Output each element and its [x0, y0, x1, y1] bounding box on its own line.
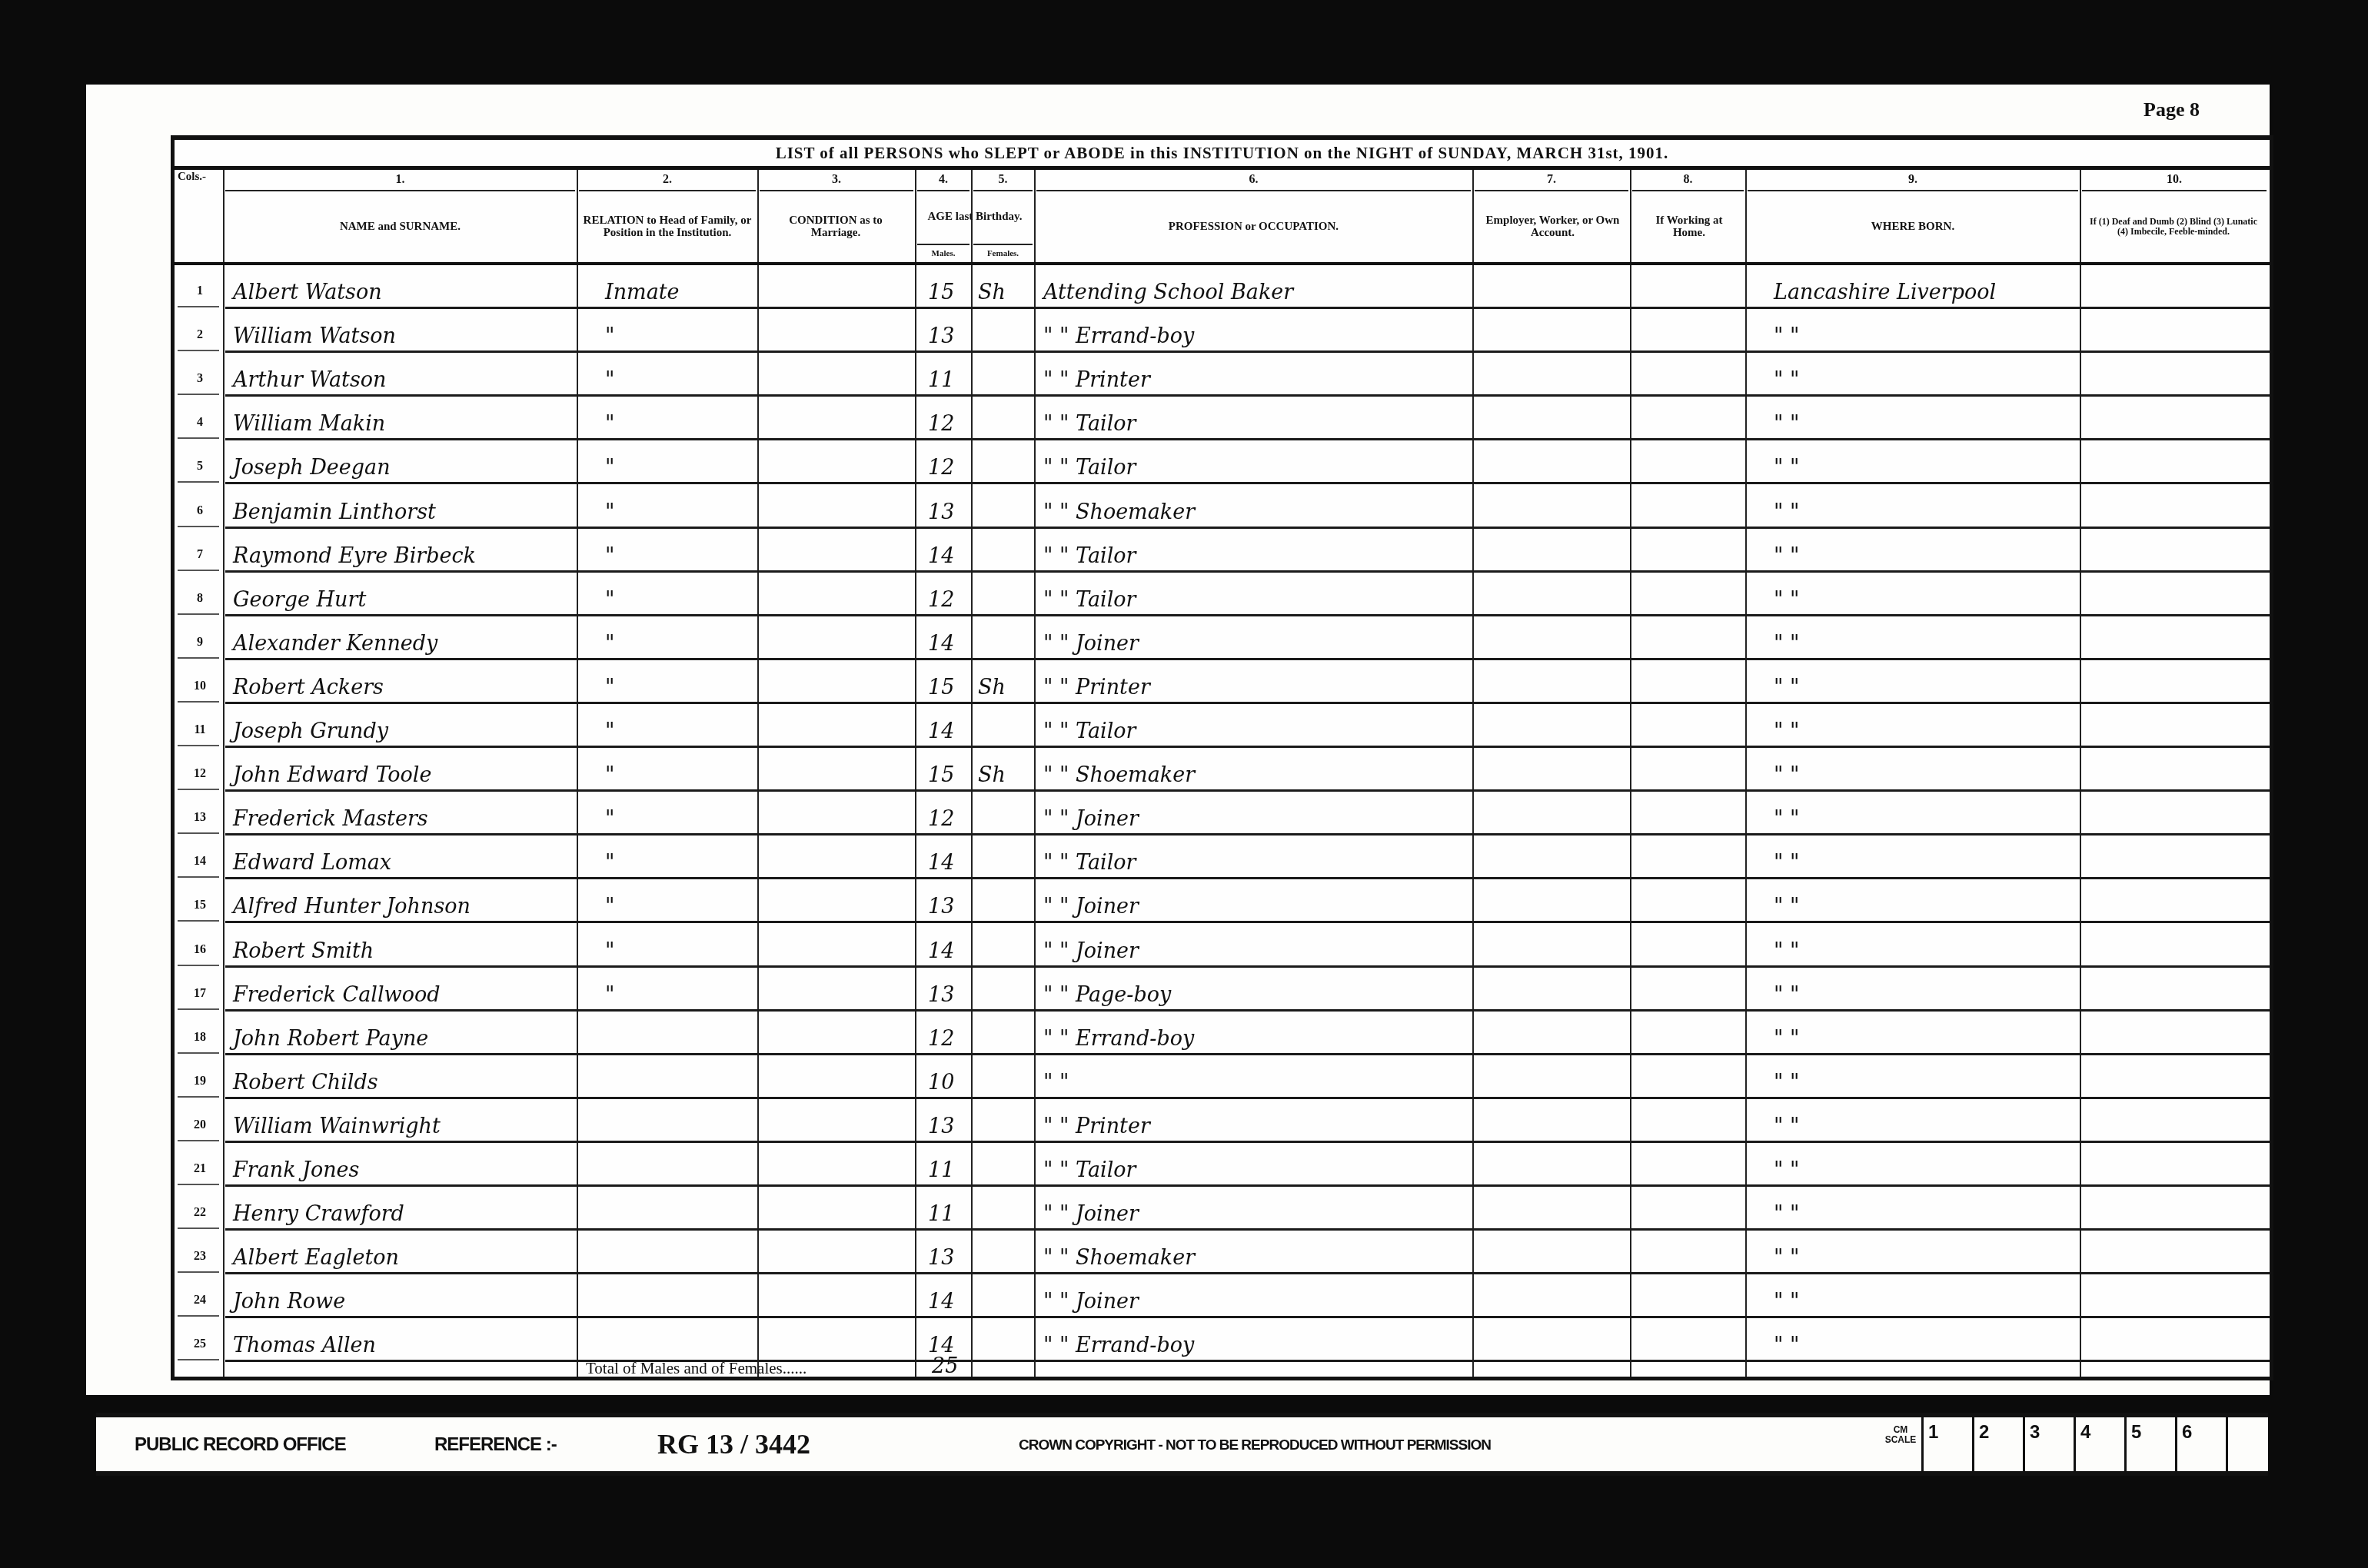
cell-age-m: 15: [928, 763, 954, 787]
col-num-10: 10.: [2082, 170, 2267, 191]
cell-n: 21: [188, 1162, 211, 1176]
cell-age-m: 13: [928, 1115, 954, 1138]
cell-n: 20: [188, 1118, 211, 1132]
table-row: 21Frank Jones11" " Tailor" ": [175, 1143, 2270, 1187]
scale-tick: 1: [1921, 1417, 1972, 1471]
cell-name: William Makin: [233, 412, 385, 436]
cell-relation: ": [605, 939, 614, 963]
cell-age-m: 13: [928, 1246, 954, 1270]
cell-occupation: " " Tailor: [1043, 456, 1136, 480]
table-row: 6Benjamin Linthorst"13" " Shoemaker" ": [175, 485, 2270, 529]
cell-n: 5: [188, 460, 211, 473]
row-rule: [178, 1096, 219, 1098]
cell-occupation: " " Joiner: [1043, 1290, 1139, 1314]
cell-born: " ": [1774, 851, 1799, 875]
cell-n: 16: [188, 943, 211, 957]
cell-n: 2: [188, 328, 211, 342]
table-row: 24John Rowe14" " Joiner" ": [175, 1274, 2270, 1318]
cell-relation: ": [605, 412, 614, 436]
cell-relation: ": [605, 983, 614, 1007]
table-row: 20William Wainwright13" " Printer" ": [175, 1099, 2270, 1143]
census-table: LIST of all PERSONS who SLEPT or ABODE i…: [171, 135, 2273, 1380]
cell-age-m: 10: [928, 1071, 954, 1095]
scale-tick: 2: [1972, 1417, 2023, 1471]
row-rule: [178, 1184, 219, 1185]
page-number: Page 8: [2144, 98, 2200, 121]
cell-relation: ": [605, 500, 614, 524]
cell-name: Joseph Grundy: [233, 719, 388, 743]
cell-born: " ": [1774, 1290, 1799, 1314]
cell-n: 10: [188, 679, 211, 693]
cell-relation: ": [605, 544, 614, 568]
row-rule: [178, 965, 219, 966]
cell-occupation: " " Shoemaker: [1043, 763, 1195, 787]
cell-relation: ": [605, 676, 614, 699]
cell-born: " ": [1774, 1115, 1799, 1138]
reference-label: REFERENCE :-: [434, 1434, 557, 1456]
cell-born: " ": [1774, 807, 1799, 831]
col-num-1: 1.: [225, 170, 575, 191]
cell-born: " ": [1774, 1202, 1799, 1226]
table-row: 15Alfred Hunter Johnson"13" " Joiner" ": [175, 879, 2270, 923]
cell-occupation: " " Joiner: [1043, 895, 1139, 919]
row-rule: [178, 613, 219, 615]
cell-born: " ": [1774, 412, 1799, 436]
cell-born: Lancashire Liverpool: [1774, 281, 1996, 304]
cell-n: 14: [188, 855, 211, 869]
heading-age: AGE last Birthday.: [917, 191, 1033, 242]
row-rule: [178, 1315, 219, 1317]
col-num-8: 8.: [1632, 170, 1744, 191]
row-rule: [178, 832, 219, 834]
cell-n: 15: [188, 899, 211, 912]
cell-n: 19: [188, 1075, 211, 1088]
cell-relation: ": [605, 324, 614, 348]
row-rule: [178, 1227, 219, 1229]
cell-born: " ": [1774, 544, 1799, 568]
cell-name: Joseph Deegan: [233, 456, 391, 480]
total-row: Total of Males and of Females...... 25: [175, 1354, 2270, 1382]
form-title: LIST of all PERSONS who SLEPT or ABODE i…: [175, 140, 2270, 170]
cell-occupation: " " Printer: [1043, 368, 1150, 392]
scale-tick: 6: [2175, 1417, 2226, 1471]
cell-occupation: " " Joiner: [1043, 807, 1139, 831]
cell-age-m: 11: [928, 1202, 954, 1226]
row-rule: [178, 920, 219, 922]
col-num-4: 4.: [917, 170, 969, 191]
cell-name: Benjamin Linthorst: [233, 500, 436, 524]
cell-age-f: Sh: [978, 676, 1006, 699]
col-num-6: 6.: [1036, 170, 1471, 191]
cell-age-m: 15: [928, 676, 954, 699]
cell-relation: ": [605, 632, 614, 656]
cell-born: " ": [1774, 632, 1799, 656]
table-row: 19Robert Childs10" "" ": [175, 1055, 2270, 1099]
row-rule: [178, 1140, 219, 1141]
heading-age-males: Males.: [917, 244, 969, 262]
cell-age-m: 14: [928, 851, 954, 875]
heading-at-home: If Working at Home.: [1639, 191, 1739, 262]
row-rule: [178, 876, 219, 878]
cell-age-f: Sh: [978, 763, 1006, 787]
cell-occupation: " " Printer: [1043, 676, 1150, 699]
heading-employer: Employer, Worker, or Own Account.: [1482, 191, 1624, 262]
cell-age-m: 11: [928, 368, 954, 392]
cell-age-m: 14: [928, 1290, 954, 1314]
cell-age-m: 14: [928, 939, 954, 963]
table-row: 12John Edward Toole"15Sh" " Shoemaker" ": [175, 748, 2270, 792]
row-rule: [178, 350, 219, 351]
cell-occupation: " " Joiner: [1043, 939, 1139, 963]
cell-relation: Inmate: [605, 281, 680, 304]
cell-name: Raymond Eyre Birbeck: [233, 544, 476, 568]
row-rule: [178, 437, 219, 439]
table-row: 4William Makin"12" " Tailor" ": [175, 397, 2270, 440]
table-row: 16Robert Smith"14" " Joiner" ": [175, 924, 2270, 968]
cell-age-f: Sh: [978, 281, 1006, 304]
cell-name: George Hurt: [233, 588, 366, 612]
cell-n: 23: [188, 1250, 211, 1264]
table-row: 2William Watson"13" " Errand-boy" ": [175, 309, 2270, 353]
cell-age-m: 14: [928, 719, 954, 743]
cell-age-m: 12: [928, 1027, 954, 1051]
cell-born: " ": [1774, 719, 1799, 743]
table-row: 8George Hurt"12" " Tailor" ": [175, 573, 2270, 616]
cell-relation: ": [605, 807, 614, 831]
row-rule: [178, 657, 219, 659]
cell-age-m: 12: [928, 807, 954, 831]
table-row: 11Joseph Grundy"14" " Tailor" ": [175, 704, 2270, 748]
heading-relation: RELATION to Head of Family, or Position …: [582, 191, 753, 262]
cell-born: " ": [1774, 368, 1799, 392]
scale-tick: 4: [2074, 1417, 2124, 1471]
cell-born: " ": [1774, 1027, 1799, 1051]
reference-code: RG 13 / 3442: [657, 1428, 810, 1460]
row-rule: [178, 570, 219, 571]
cell-occupation: " " Joiner: [1043, 632, 1139, 656]
cell-age-m: 14: [928, 632, 954, 656]
cell-relation: ": [605, 368, 614, 392]
heading-age-females: Females.: [973, 244, 1033, 262]
cell-name: Robert Ackers: [233, 676, 384, 699]
cell-n: 22: [188, 1206, 211, 1220]
cell-age-m: 12: [928, 412, 954, 436]
cell-name: Henry Crawford: [233, 1202, 404, 1226]
cell-occupation: " " Tailor: [1043, 544, 1136, 568]
cell-relation: ": [605, 456, 614, 480]
table-row: 10Robert Ackers"15Sh" " Printer" ": [175, 660, 2270, 704]
cell-name: Frank Jones: [233, 1158, 359, 1182]
cell-occupation: " " Tailor: [1043, 719, 1136, 743]
cell-name: Albert Watson: [233, 281, 382, 304]
cell-name: Edward Lomax: [233, 851, 391, 875]
col-num-7: 7.: [1475, 170, 1628, 191]
cell-born: " ": [1774, 500, 1799, 524]
table-row: 1Albert WatsonInmate15ShAttending School…: [175, 265, 2270, 309]
cell-n: 7: [188, 548, 211, 562]
col-num-9: 9.: [1748, 170, 2078, 191]
copyright-notice: CROWN COPYRIGHT - NOT TO BE REPRODUCED W…: [1019, 1437, 1491, 1454]
cell-name: Alexander Kennedy: [233, 632, 437, 656]
row-rule: [178, 789, 219, 790]
cell-name: Albert Eagleton: [233, 1246, 399, 1270]
cell-occupation: " " Joiner: [1043, 1202, 1139, 1226]
cell-name: John Robert Payne: [233, 1027, 428, 1051]
cell-occupation: " " Tailor: [1043, 851, 1136, 875]
cell-age-m: 15: [928, 281, 954, 304]
cell-name: Alfred Hunter Johnson: [233, 895, 471, 919]
scale-label: CM SCALE: [1880, 1417, 1921, 1471]
cell-age-m: 13: [928, 324, 954, 348]
table-row: 9Alexander Kennedy"14" " Joiner" ": [175, 616, 2270, 660]
cell-born: " ": [1774, 1246, 1799, 1270]
cell-n: 4: [188, 416, 211, 430]
cell-name: William Wainwright: [233, 1115, 441, 1138]
row-rule: [178, 526, 219, 527]
cell-born: " ": [1774, 324, 1799, 348]
table-row: 7Raymond Eyre Birbeck"14" " Tailor" ": [175, 529, 2270, 573]
cell-born: " ": [1774, 1158, 1799, 1182]
heading-where-born: WHERE BORN.: [1748, 191, 2078, 262]
col-num-2: 2.: [579, 170, 756, 191]
heading-name: NAME and SURNAME.: [225, 191, 575, 262]
cell-name: William Watson: [233, 324, 396, 348]
row-rule: [178, 1271, 219, 1273]
cell-occupation: " " Tailor: [1043, 412, 1136, 436]
cell-age-m: 12: [928, 456, 954, 480]
table-row: 13Frederick Masters"12" " Joiner" ": [175, 792, 2270, 835]
row-rule: [178, 701, 219, 703]
cell-name: Frederick Masters: [233, 807, 428, 831]
table-row: 3Arthur Watson"11" " Printer" ": [175, 353, 2270, 397]
cell-name: John Edward Toole: [233, 763, 431, 787]
cell-name: Robert Smith: [233, 939, 374, 963]
cell-relation: ": [605, 851, 614, 875]
cell-n: 12: [188, 767, 211, 781]
cell-n: 3: [188, 372, 211, 386]
cell-age-m: 14: [928, 544, 954, 568]
scale-tick-end: [2226, 1417, 2272, 1471]
cell-name: Frederick Callwood: [233, 983, 440, 1007]
cell-n: 1: [188, 284, 211, 298]
row-rule: [178, 1008, 219, 1010]
cell-n: 11: [188, 723, 211, 737]
cell-occupation: " " Errand-boy: [1043, 1027, 1194, 1051]
cell-relation: ": [605, 895, 614, 919]
table-row: 18John Robert Payne12" " Errand-boy" ": [175, 1012, 2270, 1055]
row-rule: [178, 1052, 219, 1054]
scale-tick: 5: [2124, 1417, 2175, 1471]
cell-n: 18: [188, 1031, 211, 1045]
heading-condition: CONDITION as to Marriage.: [770, 191, 901, 262]
cell-age-m: 11: [928, 1158, 954, 1182]
table-row: 5Joseph Deegan"12" " Tailor" ": [175, 440, 2270, 484]
cols-label: Cols.-: [178, 171, 206, 184]
archive-footer: PUBLIC RECORD OFFICE REFERENCE :- RG 13 …: [96, 1413, 2268, 1476]
cell-occupation: " ": [1043, 1071, 1069, 1095]
table-row: 17Frederick Callwood"13" " Page-boy" ": [175, 968, 2270, 1012]
cell-born: " ": [1774, 588, 1799, 612]
scale-tick: 3: [2023, 1417, 2074, 1471]
cell-n: 9: [188, 636, 211, 649]
heading-infirmity: If (1) Deaf and Dumb (2) Blind (3) Lunat…: [2089, 191, 2258, 262]
cell-n: 25: [188, 1337, 211, 1351]
row-rule: [178, 394, 219, 395]
cell-occupation: " " Shoemaker: [1043, 500, 1195, 524]
table-row: 23Albert Eagleton13" " Shoemaker" ": [175, 1231, 2270, 1274]
row-rule: [178, 481, 219, 483]
cell-relation: ": [605, 763, 614, 787]
cell-relation: ": [605, 719, 614, 743]
cell-age-m: 12: [928, 588, 954, 612]
total-label: Total of Males and of Females......: [586, 1359, 807, 1378]
cell-occupation: " " Errand-boy: [1043, 324, 1194, 348]
cell-name: Robert Childs: [233, 1071, 378, 1095]
cell-n: 24: [188, 1294, 211, 1307]
cell-occupation: " " Tailor: [1043, 1158, 1136, 1182]
cell-occupation: Attending School Baker: [1043, 281, 1293, 304]
cell-occupation: " " Tailor: [1043, 588, 1136, 612]
cell-age-m: 13: [928, 895, 954, 919]
heading-occupation: PROFESSION or OCCUPATION.: [1036, 191, 1471, 262]
table-row: 14Edward Lomax"14" " Tailor" ": [175, 835, 2270, 879]
cell-n: 8: [188, 592, 211, 606]
cm-scale: CM SCALE 1 2 3 4 5 6: [1880, 1417, 2272, 1471]
row-rule: [178, 306, 219, 307]
cell-n: 6: [188, 504, 211, 518]
col-num-5: 5.: [973, 170, 1033, 191]
cell-born: " ": [1774, 676, 1799, 699]
col-num-3: 3.: [760, 170, 913, 191]
cell-age-m: 13: [928, 500, 954, 524]
cell-relation: ": [605, 588, 614, 612]
cell-born: " ": [1774, 1071, 1799, 1095]
cell-born: " ": [1774, 983, 1799, 1007]
cell-born: " ": [1774, 895, 1799, 919]
cell-born: " ": [1774, 456, 1799, 480]
cell-name: John Rowe: [233, 1290, 345, 1314]
office-label: PUBLIC RECORD OFFICE: [135, 1434, 346, 1456]
cell-n: 13: [188, 811, 211, 825]
cell-occupation: " " Shoemaker: [1043, 1246, 1195, 1270]
cell-age-m: 13: [928, 983, 954, 1007]
cell-occupation: " " Printer: [1043, 1115, 1150, 1138]
cell-n: 17: [188, 987, 211, 1001]
row-rule: [178, 745, 219, 746]
cell-born: " ": [1774, 763, 1799, 787]
table-row: 22Henry Crawford11" " Joiner" ": [175, 1187, 2270, 1231]
cell-born: " ": [1774, 939, 1799, 963]
total-males: 25: [932, 1354, 958, 1378]
cell-occupation: " " Page-boy: [1043, 983, 1171, 1007]
cell-name: Arthur Watson: [233, 368, 386, 392]
